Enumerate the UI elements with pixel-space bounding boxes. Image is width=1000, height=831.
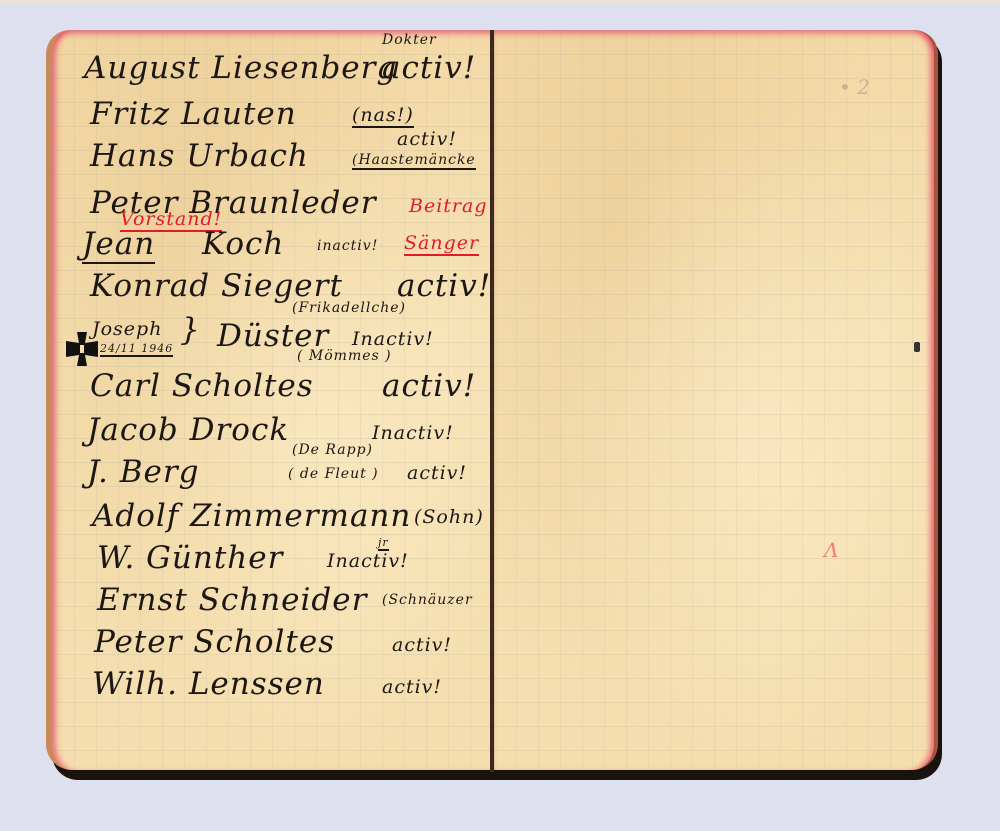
iron-cross-icon (66, 332, 98, 366)
corner-mark: • 2 (839, 75, 870, 99)
entry-first-name: Jean (82, 226, 155, 264)
entry-red-note: Sänger (404, 232, 479, 256)
entry-name: Peter Scholtes (94, 624, 335, 660)
entry-status: inactiv! (317, 238, 378, 254)
entry-name: Wilh. Lenssen (92, 666, 325, 702)
entry-status: Inactiv! (327, 550, 409, 572)
left-page: Dokter August Liesenberg activ! Fritz La… (46, 30, 497, 770)
entry-status: activ! (407, 462, 467, 484)
note-dokter: Dokter (382, 32, 437, 48)
entry-last-name: Koch (202, 226, 284, 262)
notebook: Dokter August Liesenberg activ! Fritz La… (46, 30, 942, 776)
entry-name: J. Berg (87, 454, 200, 490)
entry-status: activ! (382, 50, 476, 86)
entry-note: (Sohn) (414, 506, 484, 528)
entry-name: Carl Scholtes (90, 368, 314, 404)
entry-name: W. Günther (97, 540, 283, 576)
entry-note: (Schnäuzer (382, 592, 473, 608)
entry-status: Inactiv! (372, 422, 454, 444)
entry-name: August Liesenberg (84, 50, 397, 86)
entry-name: Konrad Siegert (90, 268, 343, 304)
entry-note: ( de Fleut ) (288, 466, 379, 482)
entry-name: Jacob Drock (87, 412, 289, 448)
entry-status: activ! (397, 268, 491, 304)
entry-status: activ! (382, 368, 476, 404)
entry-note-above: (Frikadellche) (292, 300, 406, 316)
entry-death-date: 24/11 1946 (100, 342, 173, 357)
right-page: • 2 Λ (494, 30, 938, 770)
entry-name: Hans Urbach (90, 138, 309, 174)
entry-brace: } (180, 312, 201, 348)
entry-first-name: Joseph (92, 318, 162, 340)
entry-red-note: Beitrag (409, 195, 488, 217)
red-pencil-mark: Λ (824, 538, 838, 562)
page-grid (494, 30, 934, 770)
entry-status: activ! (382, 676, 442, 698)
entry-name: Adolf Zimmermann (92, 498, 411, 534)
scan-top-edge (0, 0, 1000, 4)
entry-status-above: activ! (397, 128, 457, 150)
entry-note: (Haastemäncke (352, 152, 476, 170)
entry-note-below: jr (378, 536, 389, 551)
entry-status: Inactiv! (352, 328, 434, 350)
ink-dot (914, 342, 920, 352)
entry-note-below: ( Mömmes ) (297, 348, 392, 364)
entry-status: activ! (392, 634, 452, 656)
entry-name: Ernst Schneider (97, 582, 367, 618)
entry-note: (nas!) (352, 104, 414, 128)
entry-note-above: (De Rapp) (292, 442, 373, 458)
entry-name: Fritz Lauten (90, 96, 297, 132)
